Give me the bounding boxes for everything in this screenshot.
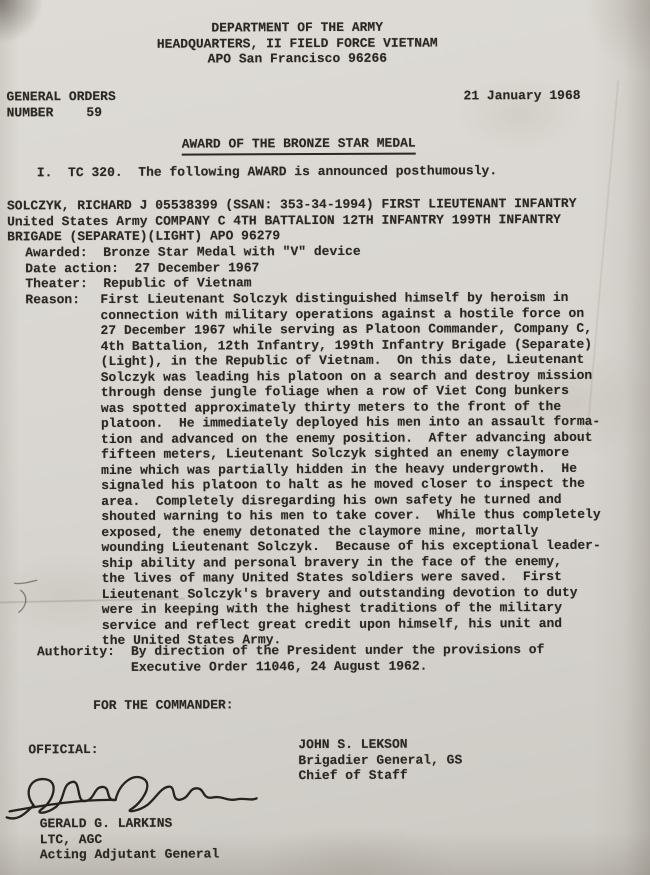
signer-name: JOHN S. LEKSON: [298, 736, 462, 752]
official-signer-block: GERALD G. LARKINS LTC, AGC Acting Adjuta…: [40, 815, 220, 862]
signer-rank: Brigadier General, GS: [298, 752, 462, 768]
signer-title: Chief of Staff: [298, 767, 462, 783]
authority-text: By direction of the President under the …: [131, 642, 545, 675]
reason-text: First Lieutenant Solczyk distinguished h…: [100, 290, 601, 649]
signer-block: JOHN S. LEKSON Brigadier General, GS Chi…: [298, 736, 462, 783]
general-orders-block: GENERAL ORDERS NUMBER 59: [6, 89, 115, 120]
document-content: DEPARTMENT OF THE ARMY HEADQUARTERS, II …: [0, 0, 650, 875]
for-the-commander: FOR THE COMMANDER:: [93, 697, 234, 713]
document-page: DEPARTMENT OF THE ARMY HEADQUARTERS, II …: [0, 0, 650, 875]
orders-number-value: 59: [86, 104, 102, 120]
letterhead: DEPARTMENT OF THE ARMY HEADQUARTERS, II …: [0, 19, 596, 68]
reason-label: Reason:: [25, 292, 80, 308]
document-title: AWARD OF THE BRONZE STAR MEDAL: [182, 136, 416, 156]
award-details-block: Awarded: Bronze Star Medal with "V" devi…: [25, 244, 361, 292]
authority-label: Authority:: [37, 644, 115, 660]
official-signer-rank: LTC, AGC: [40, 831, 220, 847]
official-signer-name: GERALD G. LARKINS: [40, 815, 220, 831]
pen-mark: [7, 576, 57, 616]
orders-number-label: NUMBER: [7, 105, 54, 121]
intro-paragraph: I. TC 320. The following AWARD is announ…: [37, 163, 497, 181]
official-signer-title: Acting Adjutant General: [40, 846, 220, 862]
orders-number-row: NUMBER 59: [7, 104, 116, 120]
document-title-row: AWARD OF THE BRONZE STAR MEDAL: [0, 135, 599, 156]
letterhead-apo: APO San Francisco 96266: [0, 50, 596, 68]
official-label: OFFICIAL:: [28, 742, 98, 758]
order-date: 21 January 1968: [463, 88, 580, 104]
recipient-block: SOLCZYK, RICHARD J 05538399 (SSAN: 353-3…: [7, 196, 577, 245]
general-orders-label: GENERAL ORDERS: [6, 89, 115, 105]
